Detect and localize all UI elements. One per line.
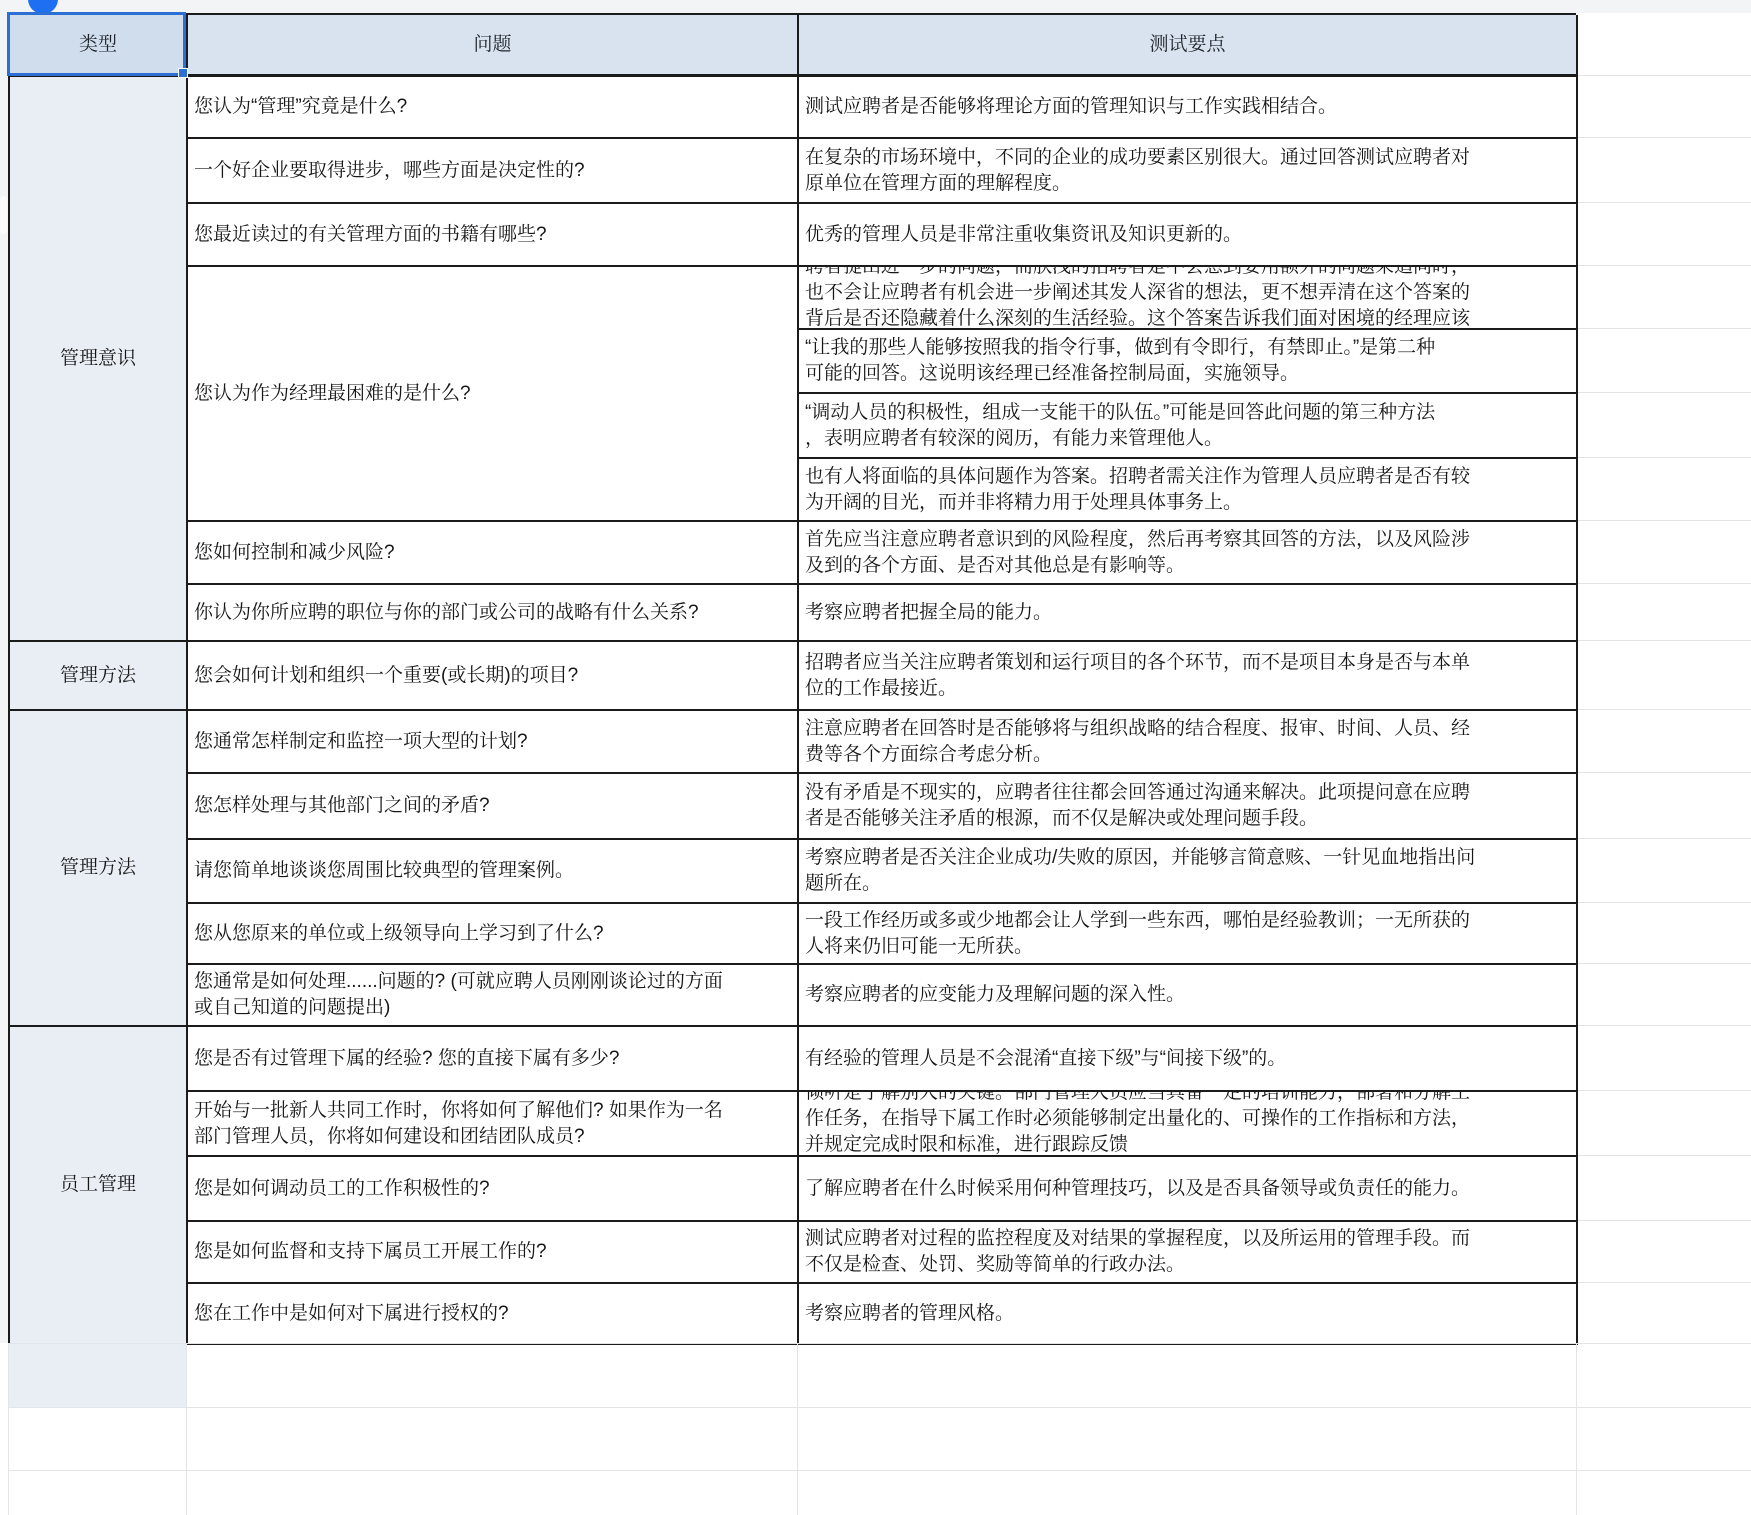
header-points-label: 测试要点 xyxy=(1149,32,1225,58)
gridline-horizontal xyxy=(1578,457,1751,458)
left-edge-notch xyxy=(0,196,7,234)
question-cell[interactable]: 您是如何调动员工的工作积极性的? xyxy=(188,1157,799,1222)
points-cell[interactable]: 测试应聘者是否能够将理论方面的管理知识与工作实践相结合。 xyxy=(799,77,1578,139)
gridline-horizontal xyxy=(1578,583,1751,584)
gridline-horizontal xyxy=(8,1470,1751,1471)
empty-row-type-cell[interactable] xyxy=(8,1343,186,1407)
gridline-horizontal xyxy=(1578,202,1751,203)
question-cell[interactable]: 你认为你所应聘的职位与你的部门或公司的战略有什么关系? xyxy=(188,585,799,642)
gridline-vertical xyxy=(186,1343,187,1515)
gridline-horizontal xyxy=(8,1343,1751,1344)
question-cell[interactable]: 您通常怎样制定和监控一项大型的计划? xyxy=(188,711,799,774)
header-cell-question[interactable]: 问题 xyxy=(188,15,799,77)
gridline-horizontal xyxy=(1578,838,1751,839)
gridline-horizontal xyxy=(1578,265,1751,266)
points-cell[interactable]: “让我的那些人能够按照我的指令行事，做到有令即行，有禁即止。”是第二种 可能的回… xyxy=(799,330,1578,394)
gridline-horizontal xyxy=(1578,1282,1751,1283)
gridline-horizontal xyxy=(1578,520,1751,521)
group-cell-management-methods-1[interactable]: 管理方法 xyxy=(10,642,188,711)
points-cell[interactable]: 在复杂的市场环境中，不同的企业的成功要素区别很大。通过回答测试应聘者对 原单位在… xyxy=(799,139,1578,204)
gridline-horizontal xyxy=(1578,902,1751,903)
points-cell[interactable]: “调动人员的积极性，组成一支能干的队伍。”可能是回答此问题的第三种方法 ，表明应… xyxy=(799,394,1578,459)
gridline-horizontal xyxy=(1578,1025,1751,1026)
gridline-horizontal xyxy=(1578,75,1751,76)
question-cell[interactable]: 开始与一批新人共同工作时，你将如何了解他们? 如果作为一名 部门管理人员，你将如… xyxy=(188,1092,799,1157)
header-question-label: 问题 xyxy=(473,32,511,58)
points-cell[interactable]: 考察应聘者把握全局的能力。 xyxy=(799,585,1578,642)
question-cell[interactable]: 您通常是如何处理......问题的? (可就应聘人员刚刚谈论过的方面 或自己知道… xyxy=(188,965,799,1027)
question-cell[interactable]: 请您简单地谈谈您周围比较典型的管理案例。 xyxy=(188,840,799,904)
points-cell[interactable]: 招聘者应当关注应聘者策划和运行项目的各个环节，而不是项目本身是否与本单 位的工作… xyxy=(799,642,1578,711)
question-cell[interactable]: 您怎样处理与其他部门之间的矛盾? xyxy=(188,774,799,840)
gridline-horizontal xyxy=(1578,640,1751,641)
question-cell[interactable]: 一个好企业要取得进步，哪些方面是决定性的? xyxy=(188,139,799,204)
points-cell-clipped[interactable]: 聘者提出进一步的问题，而肤浅的招聘者是不会想到要用额外的问题来追问时， 也不会让… xyxy=(799,267,1578,330)
points-cell[interactable]: 了解应聘者在什么时候采用何种管理技巧，以及是否具备领导或负责任的能力。 xyxy=(799,1157,1578,1222)
points-cell[interactable]: 测试应聘者对过程的监控程度及对结果的掌握程度，以及所运用的管理手段。而 不仅是检… xyxy=(799,1222,1578,1284)
points-cell[interactable]: 考察应聘者的应变能力及理解问题的深入性。 xyxy=(799,965,1578,1027)
header-cell-type[interactable]: 类型 xyxy=(10,15,188,77)
gridline-horizontal xyxy=(1578,328,1751,329)
question-cell[interactable]: 您认为“管理”究竟是什么? xyxy=(188,77,799,139)
points-cell[interactable]: 考察应聘者是否关注企业成功/失败的原因，并能够言简意赅、一针见血地指出问 题所在… xyxy=(799,840,1578,904)
question-cell[interactable]: 您从您原来的单位或上级领导向上学习到了什么? xyxy=(188,904,799,965)
points-cell[interactable]: 一段工作经历或多或少地都会让人学到一些东西，哪怕是经验教训；一无所获的 人将来仍… xyxy=(799,904,1578,965)
gridline-horizontal xyxy=(1578,1155,1751,1156)
gridline-vertical xyxy=(1576,1343,1577,1515)
group-cell-management-methods-2[interactable]: 管理方法 xyxy=(10,711,188,1027)
gridline-horizontal xyxy=(1578,963,1751,964)
question-cell-merged[interactable]: 您认为作为经理最困难的是什么? xyxy=(188,267,799,522)
question-cell[interactable]: 您如何控制和减少风险? xyxy=(188,522,799,585)
points-cell[interactable]: 有经验的管理人员是不会混淆“直接下级”与“间接下级”的。 xyxy=(799,1027,1578,1092)
question-cell[interactable]: 您在工作中是如何对下属进行授权的? xyxy=(188,1284,799,1345)
points-cell[interactable]: 也有人将面临的具体问题作为答案。招聘者需关注作为管理人员应聘者是否有较 为开阔的… xyxy=(799,459,1578,522)
gridline-horizontal xyxy=(1578,137,1751,138)
gridline-horizontal xyxy=(1578,1220,1751,1221)
gridline-horizontal xyxy=(1578,392,1751,393)
points-cell[interactable]: 注意应聘者在回答时是否能够将与组织战略的结合程度、报审、时间、人员、经 费等各个… xyxy=(799,711,1578,774)
interview-question-table: 类型 问题 测试要点 管理意识 您认为“管理”究竟是什么? 测试应聘者是否能够将… xyxy=(8,13,1576,1345)
points-cell[interactable]: 优秀的管理人员是非常注重收集资讯及知识更新的。 xyxy=(799,204,1578,267)
gridline-horizontal xyxy=(1578,1090,1751,1091)
gridline-horizontal xyxy=(1578,772,1751,773)
question-cell[interactable]: 您会如何计划和组织一个重要(或长期)的项目? xyxy=(188,642,799,711)
header-cell-points[interactable]: 测试要点 xyxy=(799,15,1578,77)
page-top-margin xyxy=(0,0,1751,13)
points-cell-clipped[interactable]: 倾听是了解别人的关键。部门管理人员应当具备一定的培训能力，部署和分解工 作任务，… xyxy=(799,1092,1578,1157)
group-cell-management-awareness[interactable]: 管理意识 xyxy=(10,77,188,642)
points-cell[interactable]: 考察应聘者的管理风格。 xyxy=(799,1284,1578,1345)
question-cell[interactable]: 您是如何监督和支持下属员工开展工作的? xyxy=(188,1222,799,1284)
gridline-vertical xyxy=(8,1343,9,1515)
gridline-vertical xyxy=(797,1343,798,1515)
points-cell[interactable]: 没有矛盾是不现实的，应聘者往往都会回答通过沟通来解决。此项提问意在应聘 者是否能… xyxy=(799,774,1578,840)
gridline-horizontal xyxy=(8,1407,1751,1408)
question-cell[interactable]: 您是否有过管理下属的经验? 您的直接下属有多少? xyxy=(188,1027,799,1092)
points-cell[interactable]: 首先应当注意应聘者意识到的风险程度，然后再考察其回答的方法，以及风险涉 及到的各… xyxy=(799,522,1578,585)
group-cell-employee-management[interactable]: 员工管理 xyxy=(10,1027,188,1345)
question-cell[interactable]: 您最近读过的有关管理方面的书籍有哪些? xyxy=(188,204,799,267)
header-type-label: 类型 xyxy=(79,32,117,58)
gridline-horizontal xyxy=(1578,709,1751,710)
